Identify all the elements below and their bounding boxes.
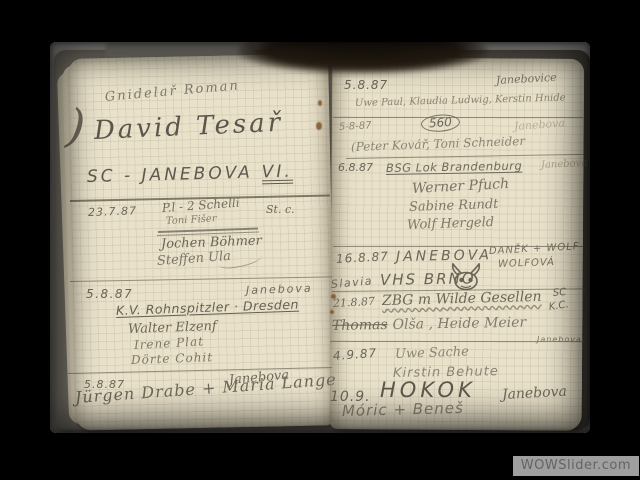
rust-stain [330,310,334,314]
crossed-out-name: Thomas [332,317,388,334]
entry-names-rest: Olša , Heide Meier [392,315,526,333]
entry-date: 4.9.87 [333,347,378,362]
rust-stain [316,122,322,130]
entry-name: Walter Elzenf [128,320,217,336]
entry-place-faint: Janebova [514,117,566,132]
entry-name: Dörte Cohit [131,351,213,366]
entry-place: Janebova [246,283,313,296]
entry-name: Jochen Böhmer [161,234,262,251]
entry-note: St. c. [266,204,295,215]
big-name: David Tesař [93,110,283,144]
entry-side-note: SC [553,288,567,299]
club-title-suffix: VI. [262,162,294,183]
entry-club: ZBG m Wilde Gesellen [382,290,542,308]
entry-place: Janebovice [496,72,557,86]
entry-line: Slavia [331,275,374,290]
entry-place-small: Janebova [537,336,582,344]
entry-name: Irene Plat [134,335,205,351]
entry-date: 5-8-87 [339,121,372,133]
entry-names: Móric + Beneš [342,401,464,419]
slider-stage: Gnidelař Roman ) David Tesař SC - JANEBO… [0,0,640,480]
entry-names: ThomasOlša , Heide Meier [332,316,526,333]
entry-place: Janebova [502,385,568,402]
notebook-photo-slide[interactable]: Gnidelař Roman ) David Tesař SC - JANEBO… [50,42,590,433]
entry-date: 23.7.87 [88,205,137,218]
entry-date: 5.8.87 [344,79,388,91]
entry-club: BSG Lok Brandenburg [386,161,522,175]
entry-club: JANEBOVA [396,248,492,264]
rust-stain [318,100,322,106]
entry-date: 16.8.87 [336,250,389,265]
entry-name: Uwe Sache [395,345,469,361]
entry-name: Sabine Rundt [409,198,499,214]
entry-date: 6.8.87 [338,162,373,173]
entry-date: 21.8.87 [333,296,376,309]
wowslider-watermark-link[interactable]: WOWSlider.com [513,456,639,476]
entry-date: 5.8.87 [86,288,133,300]
entry-side-note: WOLFOVÁ [498,258,555,270]
entry-name: Wolf Hergeld [407,216,495,232]
